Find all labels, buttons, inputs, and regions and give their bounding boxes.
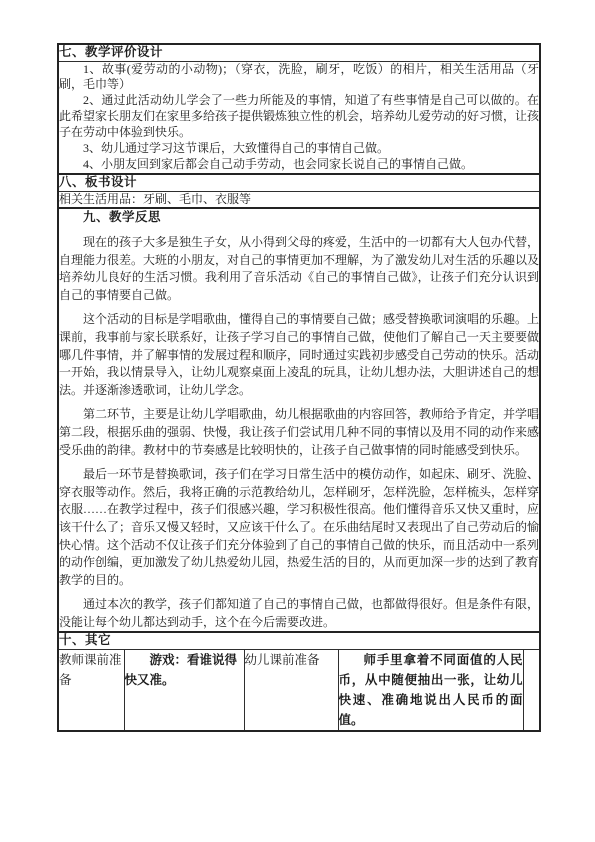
reflection-paragraph-4: 最后一环节是替换歌词，孩子们在学习日常生活中的模仿动作，如起床、刷牙、洗脸、穿衣…	[59, 466, 539, 589]
teacher-prep-content-cell: 游戏：看谁说得快又准。	[124, 649, 244, 731]
empty-cell	[523, 649, 540, 731]
section-8-title: 八、板书设计	[58, 174, 540, 191]
section-9-content: 九、教学反思 现在的孩子大多是独生子女，从小得到父母的疼爱，生活中的一切都有大人…	[58, 208, 540, 632]
evaluation-item-3: 3、幼儿通过学习这节课后，大致懂得自己的事情自己做。	[59, 141, 539, 157]
section-7-content-row: 1、故事(爱劳动的小动物)；（穿衣，洗脸，刷牙，吃饭）的相片，相关生活用品（牙刷…	[58, 61, 540, 174]
evaluation-item-2: 2、通过此活动幼儿学会了一些力所能及的事情，知道了有些事情是自己可以做的。在此希…	[59, 93, 539, 141]
section-7-header-row: 七、教学评价设计	[58, 44, 540, 61]
section-7-content: 1、故事(爱劳动的小动物)；（穿衣，洗脸，刷牙，吃饭）的相片，相关生活用品（牙刷…	[58, 61, 540, 174]
document-page: 七、教学评价设计 1、故事(爱劳动的小动物)；（穿衣，洗脸，刷牙，吃饭）的相片，…	[0, 0, 595, 842]
section-10-header-row: 十、其它	[58, 632, 540, 649]
reflection-paragraph-2: 这个活动的目标是学唱歌曲，懂得自己的事情要自己做；感受替换歌词演唱的乐趣。上课前…	[59, 311, 539, 399]
preparation-row: 教师课前准备 游戏：看谁说得快又准。 幼儿课前准备 师手里拿着不同面值的人民币，…	[58, 649, 540, 731]
reflection-paragraph-5: 通过本次的教学，孩子们都知道了自己的事情自己做，也都做得很好。但是条件有限，没能…	[59, 596, 539, 631]
child-prep-content-cell: 师手里拿着不同面值的人民币，从中随便抽出一张，让幼儿快速、准确地说出人民币的面值…	[338, 649, 523, 731]
section-8-content-row: 相关生活用品：牙刷、毛巾、衣服等	[58, 191, 540, 208]
section-7-title: 七、教学评价设计	[58, 44, 540, 61]
child-prep-label-cell: 幼儿课前准备	[244, 649, 338, 731]
section-8-header-row: 八、板书设计	[58, 174, 540, 191]
board-design-text: 相关生活用品：牙刷、毛巾、衣服等	[59, 192, 539, 207]
reflection-paragraph-1: 现在的孩子大多是独生子女，从小得到父母的疼爱，生活中的一切都有大人包办代替，自理…	[59, 234, 539, 304]
child-prep-content: 师手里拿着不同面值的人民币，从中随便抽出一张，让幼儿快速、准确地说出人民币的面值…	[339, 650, 523, 730]
teacher-prep-label: 教师课前准备	[59, 650, 124, 690]
evaluation-item-1: 1、故事(爱劳动的小动物)；（穿衣，洗脸，刷牙，吃饭）的相片，相关生活用品（牙刷…	[59, 62, 539, 94]
section-9-title: 九、教学反思	[59, 209, 539, 225]
section-10-title: 十、其它	[58, 632, 540, 649]
section-9-row: 九、教学反思 现在的孩子大多是独生子女，从小得到父母的疼爱，生活中的一切都有大人…	[58, 208, 540, 632]
teacher-prep-label-cell: 教师课前准备	[58, 649, 124, 731]
section-8-content: 相关生活用品：牙刷、毛巾、衣服等	[58, 191, 540, 208]
child-prep-label: 幼儿课前准备	[245, 650, 338, 670]
evaluation-item-4: 4、小朋友回到家后都会自己动手劳动，也会同家长说自己的事情自己做。	[59, 157, 539, 173]
reflection-paragraph-3: 第二环节，主要是让幼儿学唱歌曲，幼儿根据歌曲的内容回答，教师给予肯定，并学唱第二…	[59, 406, 539, 459]
lesson-plan-table: 七、教学评价设计 1、故事(爱劳动的小动物)；（穿衣，洗脸，刷牙，吃饭）的相片，…	[57, 43, 541, 732]
teacher-prep-content: 游戏：看谁说得快又准。	[125, 650, 244, 690]
